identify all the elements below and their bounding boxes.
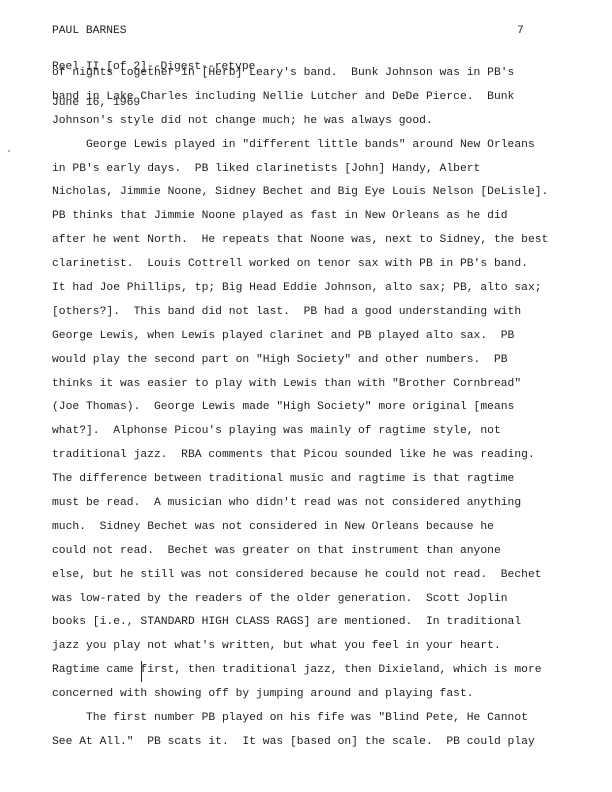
text-line: could not read. Bechet was greater on th…	[52, 540, 548, 564]
text-line: band in Lake Charles including Nellie Lu…	[52, 86, 548, 110]
text-line: would play the second part on "High Soci…	[52, 349, 548, 373]
text-cursor-mark	[141, 661, 142, 682]
text-line: traditional jazz. RBA comments that Pico…	[52, 444, 548, 468]
text-line: Johnson's style did not change much; he …	[52, 110, 548, 134]
text-line: thinks it was easier to play with Lewis …	[52, 373, 548, 397]
paragraph-first-line: George Lewis played in "different little…	[52, 134, 548, 158]
page-number: 7	[517, 25, 524, 37]
text-line: was low-rated by the readers of the olde…	[52, 588, 548, 612]
text-line: in PB's early days. PB liked clarinetist…	[52, 158, 548, 182]
text-line: [others?]. This band did not last. PB ha…	[52, 301, 548, 325]
scan-speck	[8, 150, 10, 152]
text-line: after he went North. He repeats that Noo…	[52, 229, 548, 253]
text-line: jazz you play not what's written, but wh…	[52, 635, 548, 659]
text-line: of nights together in [Herb] Leary's ban…	[52, 62, 548, 86]
text-line: Nicholas, Jimmie Noone, Sidney Bechet an…	[52, 181, 548, 205]
text-line: what?]. Alphonse Picou's playing was mai…	[52, 420, 548, 444]
text-line: (Joe Thomas). George Lewis made "High So…	[52, 396, 548, 420]
text-line: books [i.e., STANDARD HIGH CLASS RAGS] a…	[52, 611, 548, 635]
text-line: much. Sidney Bechet was not considered i…	[52, 516, 548, 540]
text-line: George Lewis, when Lewis played clarinet…	[52, 325, 548, 349]
text-line: concerned with showing off by jumping ar…	[52, 683, 548, 707]
paragraph-first-line: The first number PB played on his fife w…	[52, 707, 548, 731]
transcript-body: of nights together in [Herb] Leary's ban…	[52, 62, 548, 755]
text-line: The difference between traditional music…	[52, 468, 548, 492]
text-line: else, but he still was not considered be…	[52, 564, 548, 588]
text-line: PB thinks that Jimmie Noone played as fa…	[52, 205, 548, 229]
text-line: clarinetist. Louis Cottrell worked on te…	[52, 253, 548, 277]
text-line: It had Joe Phillips, tp; Big Head Eddie …	[52, 277, 548, 301]
interviewee-name: PAUL BARNES	[52, 25, 255, 37]
text-line: Ragtime came first, then traditional jaz…	[52, 659, 548, 683]
text-line: must be read. A musician who didn't read…	[52, 492, 548, 516]
document-page: PAUL BARNES Reel II [of 2]--Digest--rety…	[0, 0, 612, 792]
text-line: See At All." PB scats it. It was [based …	[52, 731, 548, 755]
